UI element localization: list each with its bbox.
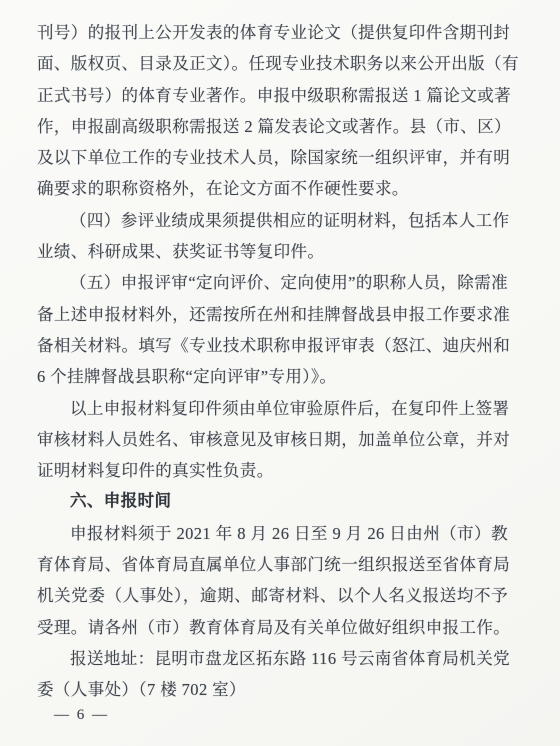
body-line: 育体育局、省体育局直属单位人事部门统一组织报送至省体育局 xyxy=(37,549,508,580)
section-heading: 六、申报时间 xyxy=(37,486,508,517)
body-line: 申报材料须于 2021 年 8 月 26 日至 9 月 26 日由州（市）教 xyxy=(37,518,508,549)
document-body: 刊号）的报刊上公开发表的体育专业论文（提供复印件含期刊封 面、版权页、目录及正文… xyxy=(37,17,508,706)
body-line: 6 个挂牌督战县职称“定向评审”专用）》。 xyxy=(37,361,508,392)
body-line: 业绩、科研成果、获奖证书等复印件。 xyxy=(37,236,508,267)
body-line: 以上申报材料复印件须由单位审验原件后，在复印件上签署 xyxy=(37,393,508,424)
body-line: 备相关材料。填写《专业技术职称申报评审表（怒江、迪庆州和 xyxy=(37,330,508,361)
body-line: 正式书号）的体育专业著作。申报中级职称需报送 1 篇论文或著 xyxy=(37,80,508,111)
body-line: 作，申报副高级职称需报送 2 篇发表论文或著作。县（市、区） xyxy=(37,111,508,142)
body-line: 报送地址：昆明市盘龙区拓东路 116 号云南省体育局机关党 xyxy=(37,643,508,674)
body-line: 审核材料人员姓名、审核意见及审核日期，加盖单位公章，并对 xyxy=(37,424,508,455)
body-line: 面、版权页、目录及正文）。任现专业技术职务以来公开出版（有 xyxy=(37,48,508,79)
body-line: 机关党委（人事处），逾期、邮寄材料、以个人名义报送均不予 xyxy=(37,580,508,611)
body-line: 受理。请各州（市）教育体育局及有关单位做好组织申报工作。 xyxy=(37,612,508,643)
body-line: 证明材料复印件的真实性负责。 xyxy=(37,455,508,486)
body-line: 委（人事处）（7 楼 702 室） xyxy=(37,674,508,705)
document-page: 刊号）的报刊上公开发表的体育专业论文（提供复印件含期刊封 面、版权页、目录及正文… xyxy=(0,0,560,746)
body-line: 及以下单位工作的专业技术人员，除国家统一组织评审，并有明 xyxy=(37,142,508,173)
page-number: — 6 — xyxy=(54,703,109,727)
body-line: 备上述申报材料外，还需按所在州和挂牌督战县申报工作要求准 xyxy=(37,299,508,330)
body-line: 刊号）的报刊上公开发表的体育专业论文（提供复印件含期刊封 xyxy=(37,17,508,48)
body-line: （五）申报评审“定向评价、定向使用”的职称人员，除需准 xyxy=(37,267,508,298)
body-line: 确要求的职称资格外，在论文方面不作硬性要求。 xyxy=(37,173,508,204)
body-line: （四）参评业绩成果须提供相应的证明材料，包括本人工作 xyxy=(37,205,508,236)
